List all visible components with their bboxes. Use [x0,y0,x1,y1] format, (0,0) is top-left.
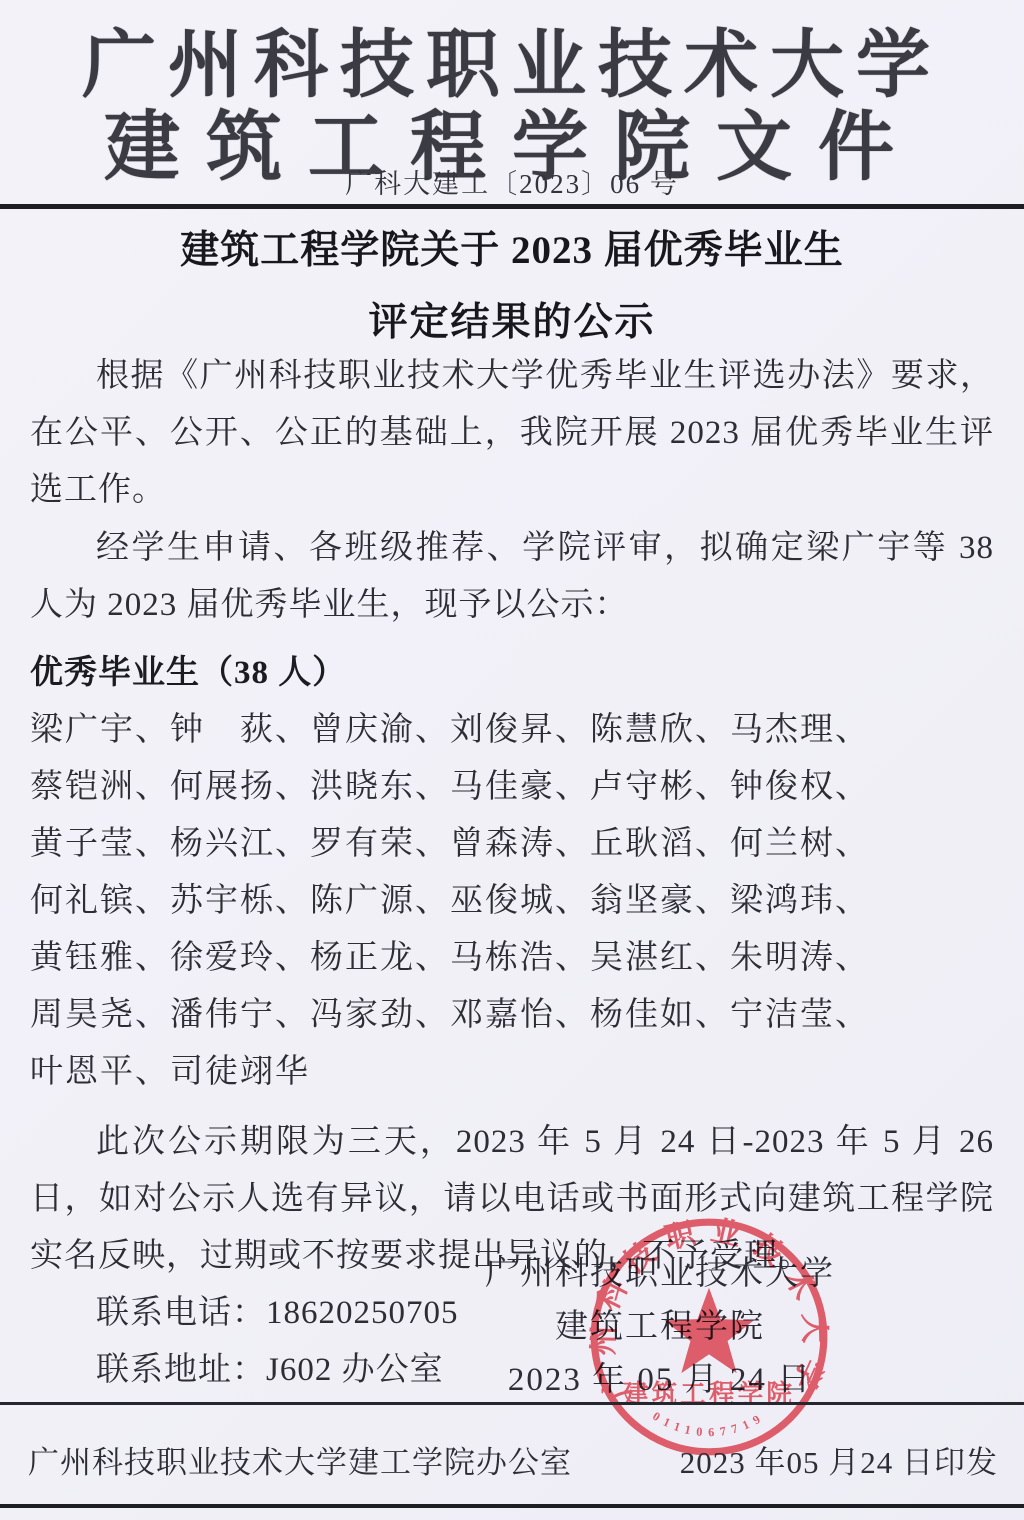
signature-block: 广州科技职业技术大学 建筑工程学院 2023 年 05 月 24 日 [470,1248,850,1407]
graduates-name-line: 梁广宇、钟 荻、曾庆渝、刘俊昇、陈慧欣、马杰理、 [30,702,994,759]
signature-university-name: 广州科技职业技术大学 [485,1248,835,1301]
scanned-official-document-page: 广州科技职业技术大学 建筑工程学院文件 广科大建工〔2023〕06 号 建筑工程… [0,0,1024,1520]
graduates-name-line: 叶恩平、司徒翊华 [30,1044,994,1101]
document-reference-number: 广科大建工〔2023〕06 号 [0,162,1024,201]
paragraph-basis: 根据《广州科技职业技术大学优秀毕业生评选办法》要求，在公平、公开、公正的基础上，… [30,348,994,519]
signature-date: 2023 年 05 月 24 日 [508,1354,812,1407]
paragraph-selection-process: 经学生申请、各班级推荐、学院评审，拟确定梁广宇等 38 人为 2023 届优秀毕… [30,520,994,634]
footer-row: 广州科技职业技术大学建工学院办公室 2023 年05 月24 日印发 [28,1437,998,1482]
document-title-line1: 建筑工程学院关于 2023 届优秀毕业生 [0,219,1024,275]
document-body: 根据《广州科技职业技术大学优秀毕业生评选办法》要求，在公平、公开、公正的基础上，… [30,348,994,1399]
graduates-list-heading: 优秀毕业生（38 人） [30,645,994,702]
footer-divider-rule-bottom [0,1504,1024,1508]
graduates-name-line: 周昊尧、潘伟宁、冯家劲、邓嘉怡、杨佳如、宁洁莹、 [30,987,994,1044]
footer-issuing-office: 广州科技职业技术大学建工学院办公室 [28,1437,572,1482]
signature-college-name: 建筑工程学院 [555,1301,765,1354]
graduates-name-line: 黄钰雅、徐爱玲、杨正龙、马栋浩、吴湛红、朱明涛、 [30,930,994,987]
footer-print-date: 2023 年05 月24 日印发 [680,1437,998,1482]
footer-divider-rule-top [0,1402,1024,1405]
seal-serial-number: 0111067719 [650,1409,768,1439]
graduates-name-line: 蔡铠洲、何展扬、洪晓东、马佳豪、卢守彬、钟俊权、 [30,759,994,816]
document-title-line2: 评定结果的公示 [0,291,1024,347]
letterhead-divider-rule [0,204,1024,209]
graduates-name-line: 黄子莹、杨兴江、罗有荣、曾森涛、丘耿滔、何兰树、 [30,816,994,873]
graduates-name-line: 何礼镔、苏宇栎、陈广源、巫俊城、翁坚豪、梁鸿玮、 [30,873,994,930]
